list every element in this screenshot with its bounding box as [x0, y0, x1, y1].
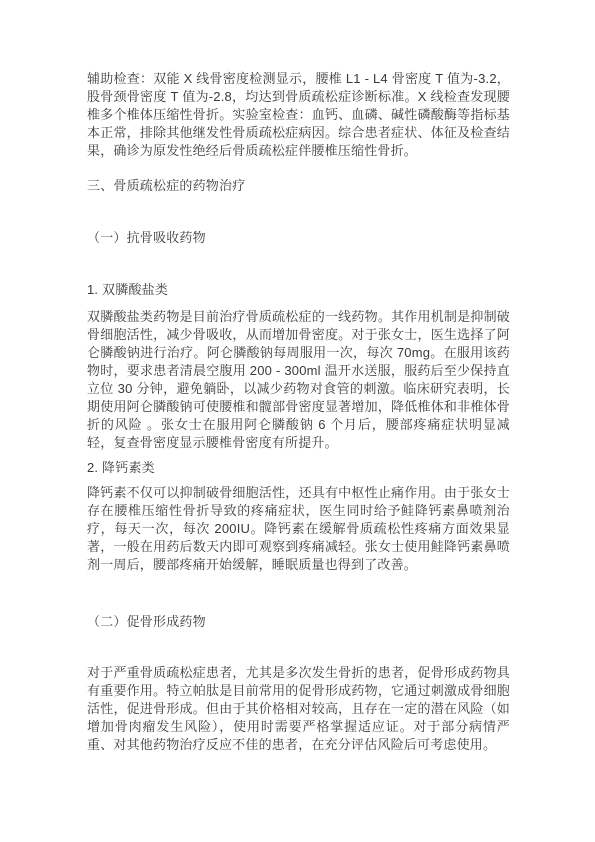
paragraph-auxiliary-exam: 辅助检查：双能 X 线骨密度检测显示，腰椎 L1 - L4 骨密度 T 值为-3…	[87, 70, 510, 160]
heading-section-drug-treatment: 三、骨质疏松症的药物治疗	[87, 177, 510, 195]
paragraph-calcitonin: 降钙素不仅可以抑制破骨细胞活性，还具有中枢性止痛作用。由于张女士存在腰椎压缩性骨…	[87, 484, 510, 574]
heading-subsection-anabolic-drugs: （二）促骨形成药物	[87, 613, 510, 631]
paragraph-anabolic-drugs: 对于严重骨质疏松症患者，尤其是多次发生骨折的患者，促骨形成药物具有重要作用。特立…	[87, 664, 510, 754]
document-page: 辅助检查：双能 X 线骨密度检测显示，腰椎 L1 - L4 骨密度 T 值为-3…	[0, 0, 595, 842]
heading-item-calcitonin: 2. 降钙素类	[87, 459, 510, 477]
heading-subsection-antiresorptive-drugs: （一）抗骨吸收药物	[87, 229, 510, 247]
heading-item-bisphosphonates: 1. 双膦酸盐类	[87, 281, 510, 299]
paragraph-bisphosphonates: 双膦酸盐类药物是目前治疗骨质疏松症的一线药物。其作用机制是抑制破骨细胞活性，减少…	[87, 308, 510, 452]
